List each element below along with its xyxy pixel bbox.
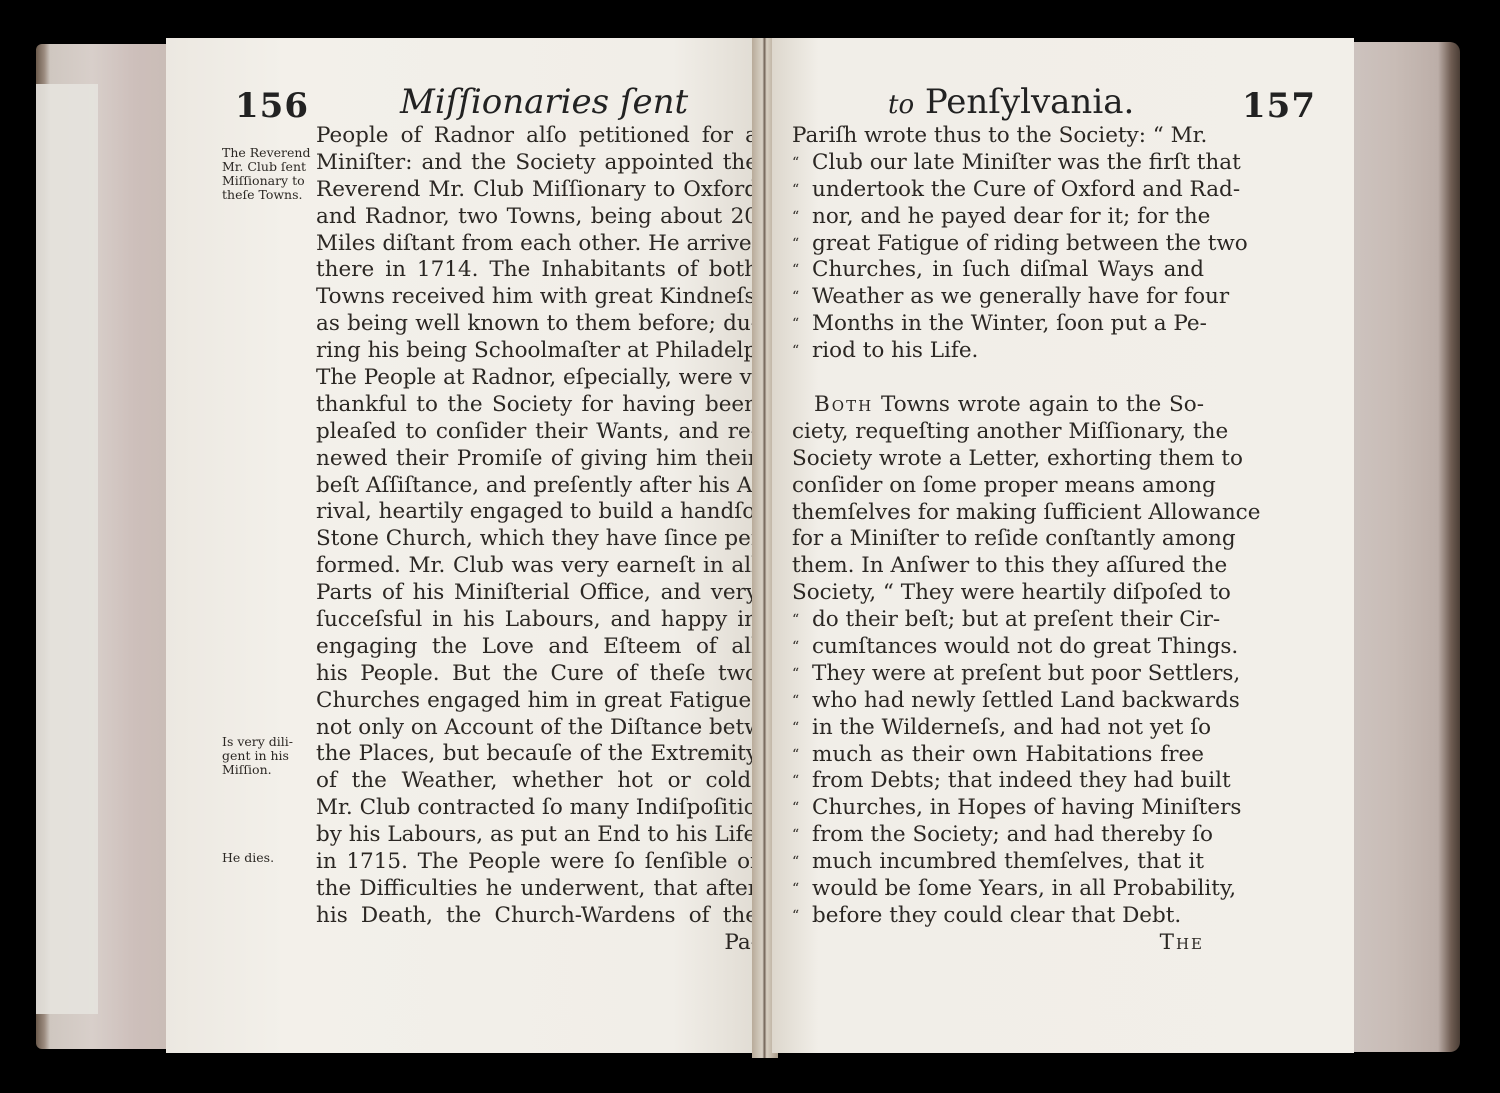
text-line: Society wrote a Letter, exhorting them t… xyxy=(792,446,1204,473)
right-page-body: Pariſh wrote thus to the Society: “ Mr. … xyxy=(792,123,1204,957)
text-line: “in the Wilderneſs, and had not yet ſo xyxy=(792,715,1204,742)
catchword-left: Pa- xyxy=(316,930,758,957)
text-line: “undertook the Cure of Oxford and Rad- xyxy=(792,177,1204,204)
text-line: “nor, and he payed dear for it; for the xyxy=(792,204,1204,231)
text-line: conſider on ſome proper means among xyxy=(792,473,1204,500)
text-line: Both Towns wrote again to the So- xyxy=(792,392,1204,419)
running-head-right: to Penſylvania. xyxy=(888,82,1134,122)
text-line: “from Debts; that indeed they had built xyxy=(792,768,1204,795)
text-line: Towns received him with great Kindneſs, xyxy=(316,284,758,311)
page-number-left: 156 xyxy=(235,86,309,126)
text-line: “Churches, in ſuch diſmal Ways and xyxy=(792,257,1204,284)
text-line: “do their beſt; but at preſent their Cir… xyxy=(792,607,1204,634)
text-line: by his Labours, as put an End to his Lif… xyxy=(316,822,758,849)
text-line: ring his being Schoolmaſter at Philadelp… xyxy=(316,338,758,365)
text-line: newed their Promiſe of giving him their xyxy=(316,446,758,473)
paragraph-spacer xyxy=(792,365,1204,392)
right-page: to Penſylvania. 157 Pariſh wrote thus to… xyxy=(772,38,1354,1053)
text-line: in 1715. The People were ſo ſenſible of xyxy=(316,849,758,876)
running-head-left: Miſſionaries ſent xyxy=(400,82,688,122)
text-line: Stone Church, which they have ſince per- xyxy=(316,526,758,553)
text-line: Reverend Mr. Club Miſſionary to Oxford xyxy=(316,177,758,204)
text-line: Parts of his Miniſterial Office, and ver… xyxy=(316,580,758,607)
text-line: rival, heartily engaged to build a handſ… xyxy=(316,499,758,526)
text-line: his Death, the Church-Wardens of the xyxy=(316,903,758,930)
text-line: “from the Society; and had thereby ſo xyxy=(792,822,1204,849)
text-line: “Churches, in Hopes of having Miniſters xyxy=(792,795,1204,822)
right-page-block-edge xyxy=(1350,42,1460,1052)
text-line: “Months in the Winter, ſoon put a Pe- xyxy=(792,311,1204,338)
text-line: and Radnor, two Towns, being about 20 xyxy=(316,204,758,231)
text-line: thankful to the Society for having been xyxy=(316,392,758,419)
text-line: of the Weather, whether hot or cold. xyxy=(316,768,758,795)
margin-note-diligent: Is very dili- gent in his Miſſion. xyxy=(222,735,293,777)
catchword-right: The xyxy=(792,930,1204,957)
left-page-block-edge xyxy=(36,44,176,1049)
text-line: “riod to his Life. xyxy=(792,338,1204,365)
text-line: People of Radnor alſo petitioned for a xyxy=(316,123,758,150)
text-line: “much incumbred themſelves, that it xyxy=(792,849,1204,876)
text-line: them. In Anſwer to this they aſſured the xyxy=(792,553,1204,580)
text-line: the Difficulties he underwent, that afte… xyxy=(316,876,758,903)
text-line: The People at Radnor, eſpecially, were v… xyxy=(316,365,758,392)
text-line: “They were at preſent but poor Settlers, xyxy=(792,661,1204,688)
text-line: as being well known to them before; du- xyxy=(316,311,758,338)
text-line: there in 1714. The Inhabitants of both xyxy=(316,257,758,284)
text-line: the Places, but becauſe of the Extremity xyxy=(316,741,758,768)
text-line: “much as their own Habitations free xyxy=(792,742,1204,769)
text-line: “great Fatigue of riding between the two xyxy=(792,231,1204,258)
text-line: “would be ſome Years, in all Probability… xyxy=(792,876,1204,903)
text-line: engaging the Love and Eſteem of all xyxy=(316,634,758,661)
text-line: Mr. Club contracted ſo many Indiſpoſitio… xyxy=(316,795,758,822)
text-line: Society, “ They were heartily diſpoſed t… xyxy=(792,580,1204,607)
text-line: pleaſed to conſider their Wants, and re- xyxy=(316,419,758,446)
text-line: Churches engaged him in great Fatigue, xyxy=(316,688,758,715)
open-book: 156 Miſſionaries ſent The Reverend Mr. C… xyxy=(30,38,1460,1058)
folded-leaf xyxy=(36,84,98,1014)
margin-note-he-dies: He dies. xyxy=(222,851,274,865)
text-line: “who had newly ſettled Land backwards xyxy=(792,688,1204,715)
text-line: “cumſtances would not do great Things. xyxy=(792,634,1204,661)
text-line: for a Miniſter to reſide conſtantly amon… xyxy=(792,526,1204,553)
text-line: “Club our late Miniſter was the firſt th… xyxy=(792,150,1204,177)
text-line: not only on Account of the Diſtance betw… xyxy=(316,715,758,742)
text-line: ciety, requeſting another Miſſionary, th… xyxy=(792,419,1204,446)
text-line: themſelves for making ſufficient Allowan… xyxy=(792,500,1204,527)
text-line: formed. Mr. Club was very earneſt in all xyxy=(316,553,758,580)
text-line: ſucceſsful in his Labours, and happy in xyxy=(316,607,758,634)
text-line: his People. But the Cure of theſe two xyxy=(316,661,758,688)
text-line: “Weather as we generally have for four xyxy=(792,284,1204,311)
text-line: beſt Aſſiſtance, and preſently after his… xyxy=(316,473,758,500)
left-page: 156 Miſſionaries ſent The Reverend Mr. C… xyxy=(166,38,762,1053)
text-line: Miles diſtant from each other. He arrive… xyxy=(316,231,758,258)
text-line: “before they could clear that Debt. xyxy=(792,903,1204,930)
small-caps-lead: Both xyxy=(814,392,873,417)
text-line: Miniſter: and the Society appointed the xyxy=(316,150,758,177)
page-number-right: 157 xyxy=(1242,86,1316,126)
left-page-body: People of Radnor alſo petitioned for a M… xyxy=(316,123,758,957)
text-line: Pariſh wrote thus to the Society: “ Mr. xyxy=(792,123,1204,150)
margin-note-reverend-club: The Reverend Mr. Club ſent Miſſionary to… xyxy=(222,146,310,202)
